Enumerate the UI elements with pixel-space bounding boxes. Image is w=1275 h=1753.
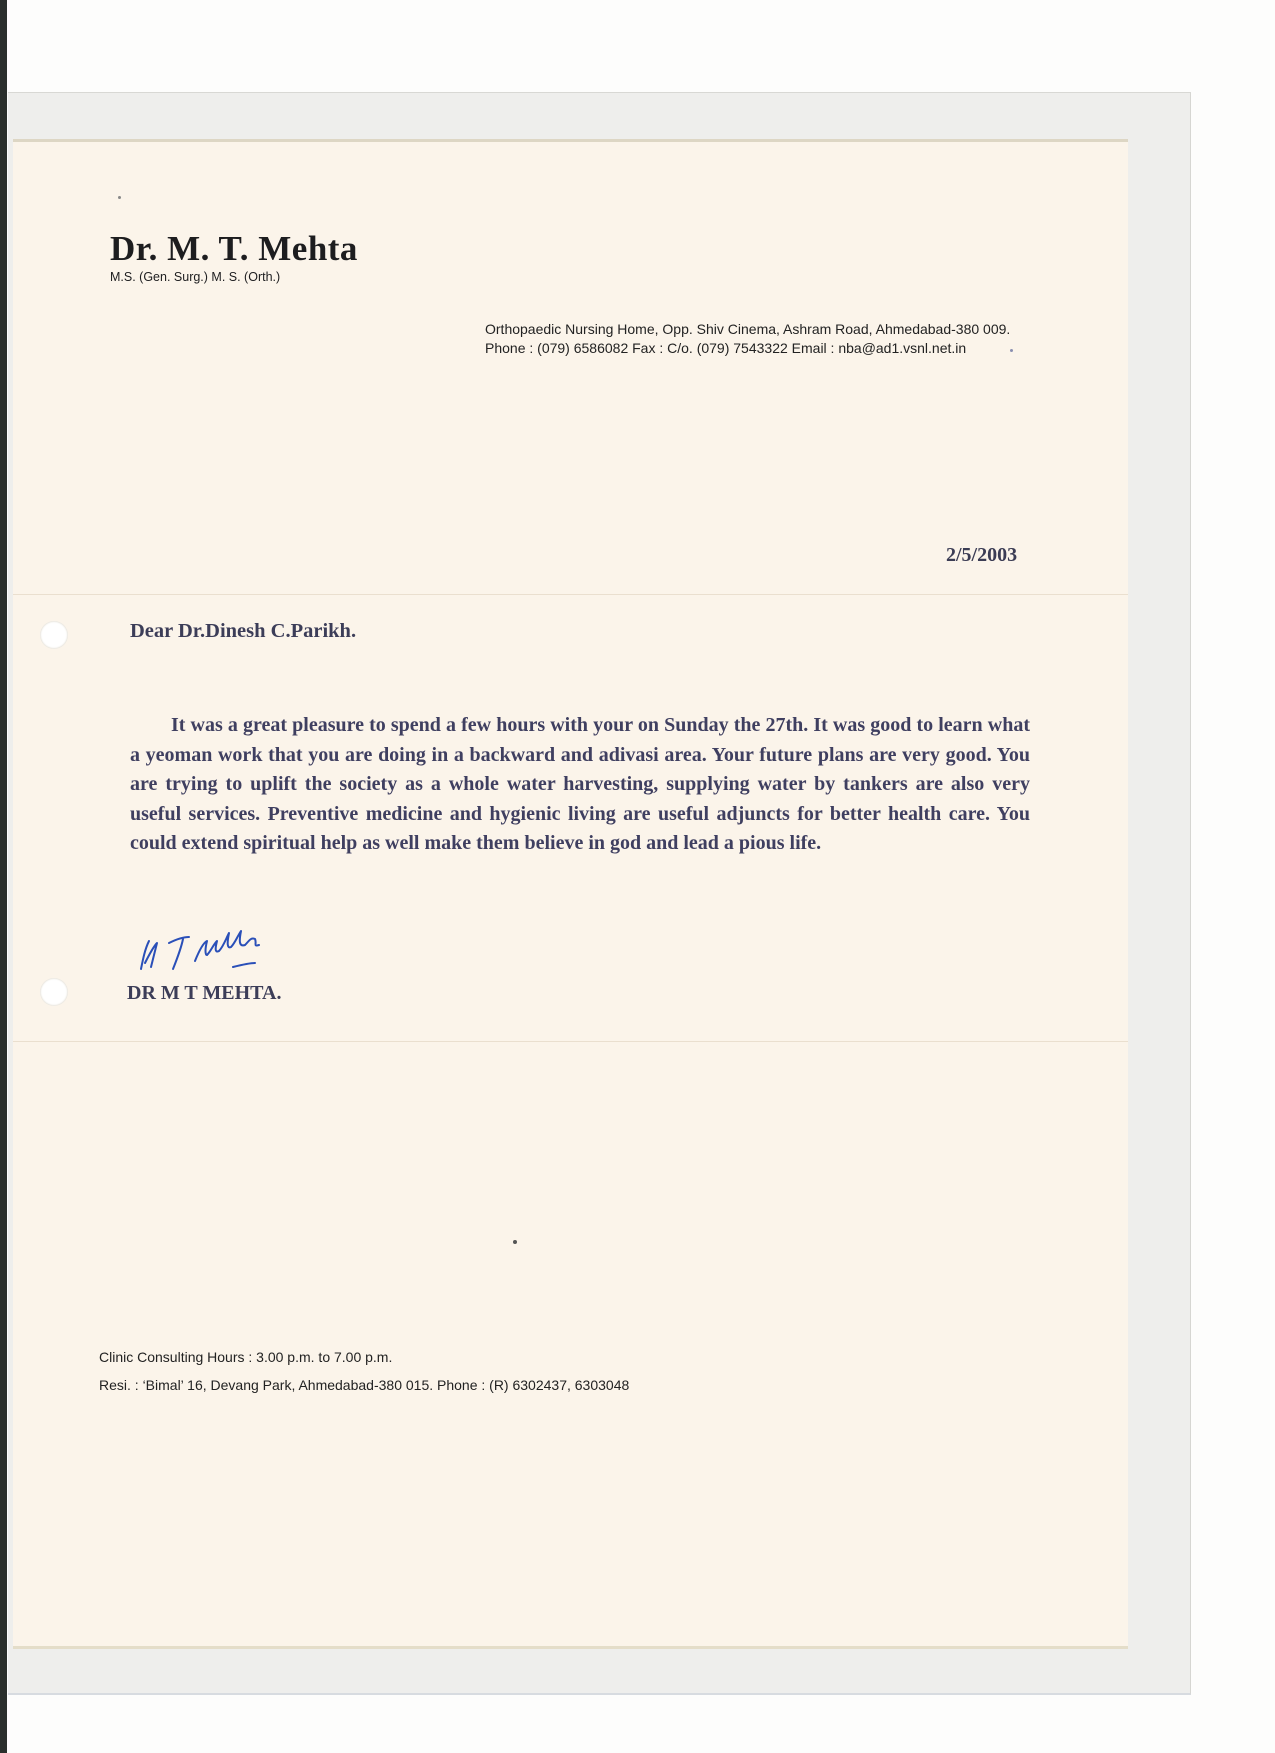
punch-hole — [40, 978, 68, 1006]
salutation: Dear Dr.Dinesh C.Parikh. — [130, 620, 356, 643]
footer-hours: Clinic Consulting Hours : 3.00 p.m. to 7… — [99, 1349, 392, 1365]
speck — [513, 1240, 517, 1244]
punch-hole — [40, 621, 68, 649]
footer-residence: Resi. : ‘Bimal’ 16, Devang Park, Ahmedab… — [99, 1377, 629, 1393]
handwritten-signature — [133, 921, 293, 981]
letter-body: It was a great pleasure to spend a few h… — [130, 711, 1030, 859]
letterhead-name: Dr. M. T. Mehta — [110, 229, 358, 269]
letterhead-qualifications: M.S. (Gen. Surg.) M. S. (Orth.) — [110, 270, 280, 284]
letterhead-contact: Phone : (079) 6586082 Fax : C/o. (079) 7… — [485, 340, 966, 356]
fold-line — [13, 1041, 1128, 1042]
letter-page: Dr. M. T. Mehta M.S. (Gen. Surg.) M. S. … — [13, 139, 1128, 1649]
speck — [1010, 349, 1013, 352]
letterhead-address: Orthopaedic Nursing Home, Opp. Shiv Cine… — [485, 321, 1010, 337]
letter-date: 2/5/2003 — [946, 544, 1017, 567]
scanner-edge — [0, 0, 7, 1753]
fold-line — [13, 594, 1128, 595]
speck — [118, 196, 121, 199]
body-paragraph: It was a great pleasure to spend a few h… — [130, 711, 1030, 859]
signatory-name: DR M T MEHTA. — [127, 982, 281, 1005]
